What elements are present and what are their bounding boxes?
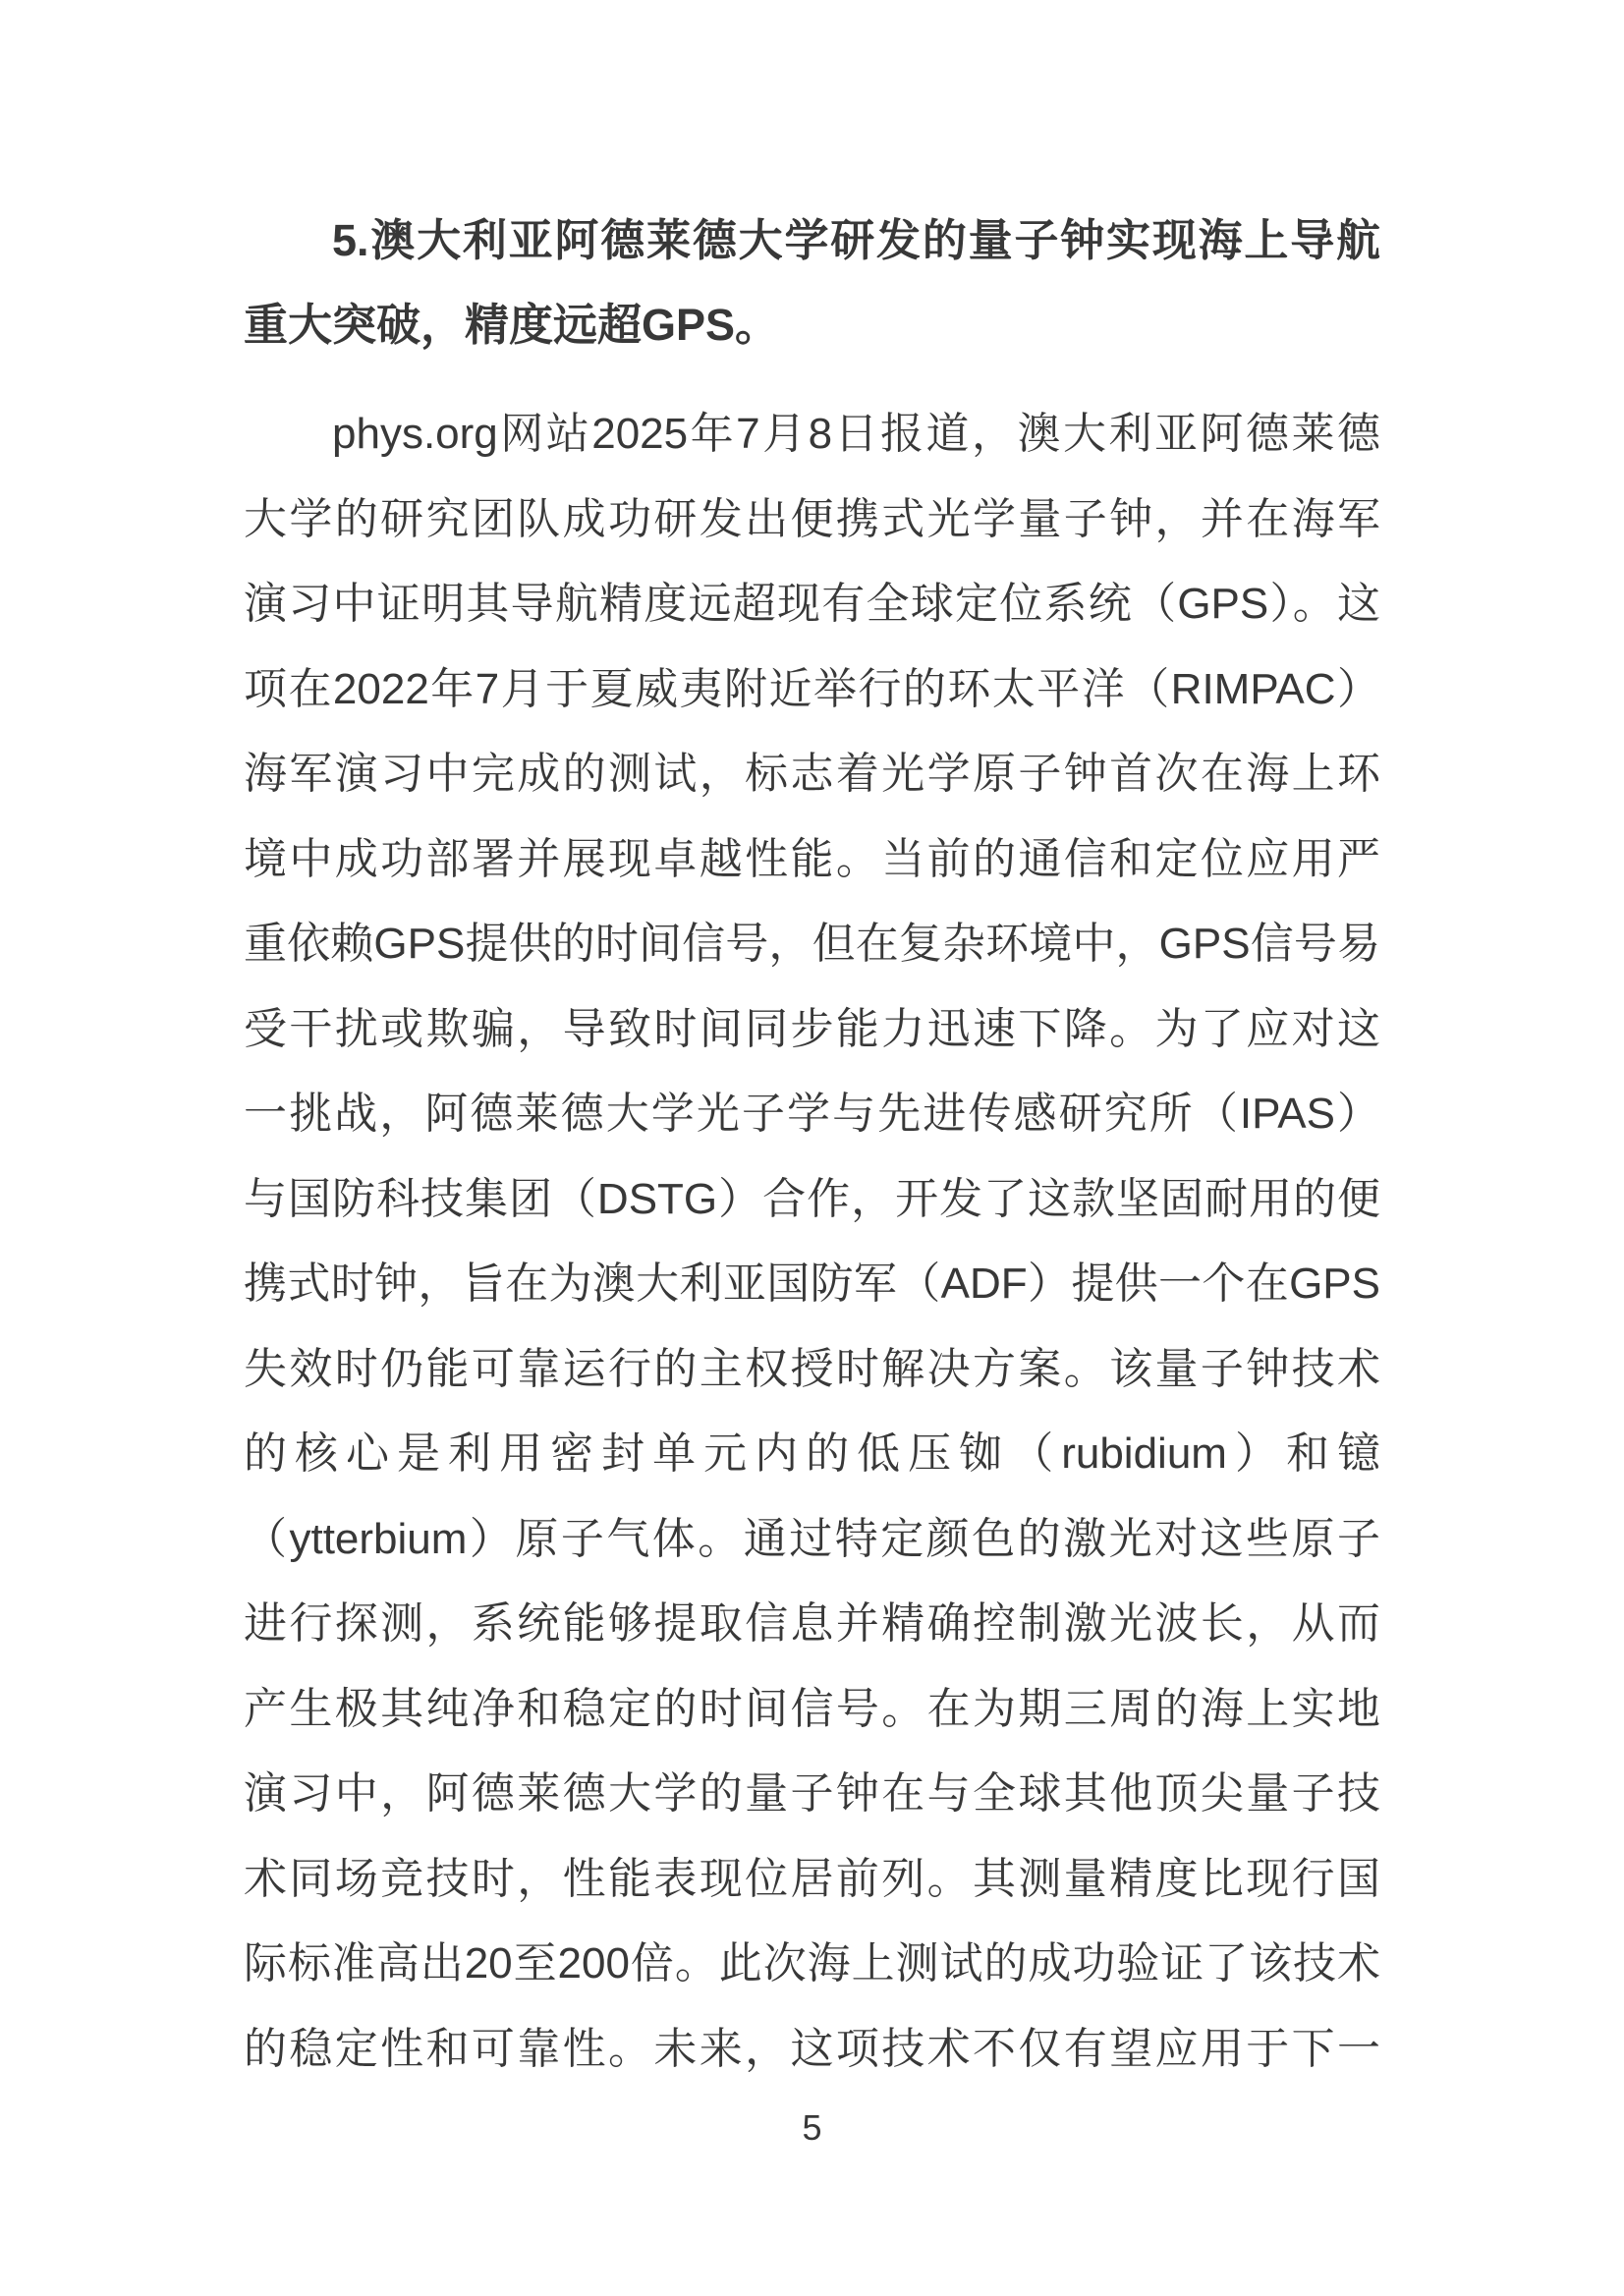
- body-line: 进行探测，系统能够提取信息并精确控制激光波长，从而: [244, 1582, 1380, 1667]
- body-paragraph: phys.org网站2025年7月8日报道，澳大利亚阿德莱德大学的研究团队成功研…: [244, 392, 1380, 2092]
- body-line: 术同场竞技时，性能表现位居前列。其测量精度比现行国: [244, 1837, 1380, 1923]
- document-page: 5.澳大利亚阿德莱德大学研发的量子钟实现海上导航重大突破，精度远超GPS。 ph…: [0, 0, 1624, 2296]
- section-heading: 5.澳大利亚阿德莱德大学研发的量子钟实现海上导航重大突破，精度远超GPS。: [244, 198, 1380, 367]
- body-line: 受干扰或欺骗，导致时间同步能力迅速下降。为了应对这: [244, 987, 1380, 1073]
- body-line: 一挑战，阿德莱德大学光子学与先进传感研究所（IPAS）: [244, 1072, 1380, 1157]
- body-line: 演习中，阿德莱德大学的量子钟在与全球其他顶尖量子技: [244, 1752, 1380, 1837]
- body-line: 境中成功部署并展现卓越性能。当前的通信和定位应用严: [244, 817, 1380, 903]
- body-line: 海军演习中完成的测试，标志着光学原子钟首次在海上环: [244, 732, 1380, 817]
- body-line: 大学的研究团队成功研发出便携式光学量子钟，并在海军: [244, 477, 1380, 563]
- body-line: 与国防科技集团（DSTG）合作，开发了这款坚固耐用的便: [244, 1157, 1380, 1243]
- body-line: 失效时仍能可靠运行的主权授时解决方案。该量子钟技术: [244, 1327, 1380, 1413]
- body-line: 携式时钟，旨在为澳大利亚国防军（ADF）提供一个在GPS: [244, 1242, 1380, 1327]
- heading-line: 5.澳大利亚阿德莱德大学研发的量子钟实现海上导航: [244, 198, 1380, 283]
- body-line: phys.org网站2025年7月8日报道，澳大利亚阿德莱德: [244, 392, 1380, 477]
- page-number: 5: [0, 2103, 1624, 2153]
- body-line: 际标准高出20至200倍。此次海上测试的成功验证了该技术: [244, 1922, 1380, 2007]
- body-line: 演习中证明其导航精度远超现有全球定位系统（GPS）。这: [244, 562, 1380, 647]
- body-line: （ytterbium）原子气体。通过特定颜色的激光对这些原子: [244, 1497, 1380, 1583]
- body-line: 项在2022年7月于夏威夷附近举行的环太平洋（RIMPAC）: [244, 647, 1380, 733]
- body-line: 的稳定性和可靠性。未来，这项技术不仅有望应用于下一: [244, 2007, 1380, 2093]
- body-line: 的核心是利用密封单元内的低压铷（rubidium）和镱: [244, 1412, 1380, 1497]
- body-line: 重依赖GPS提供的时间信号，但在复杂环境中，GPS信号易: [244, 902, 1380, 987]
- body-line: 产生极其纯净和稳定的时间信号。在为期三周的海上实地: [244, 1667, 1380, 1753]
- heading-line: 重大突破，精度远超GPS。: [244, 283, 1380, 367]
